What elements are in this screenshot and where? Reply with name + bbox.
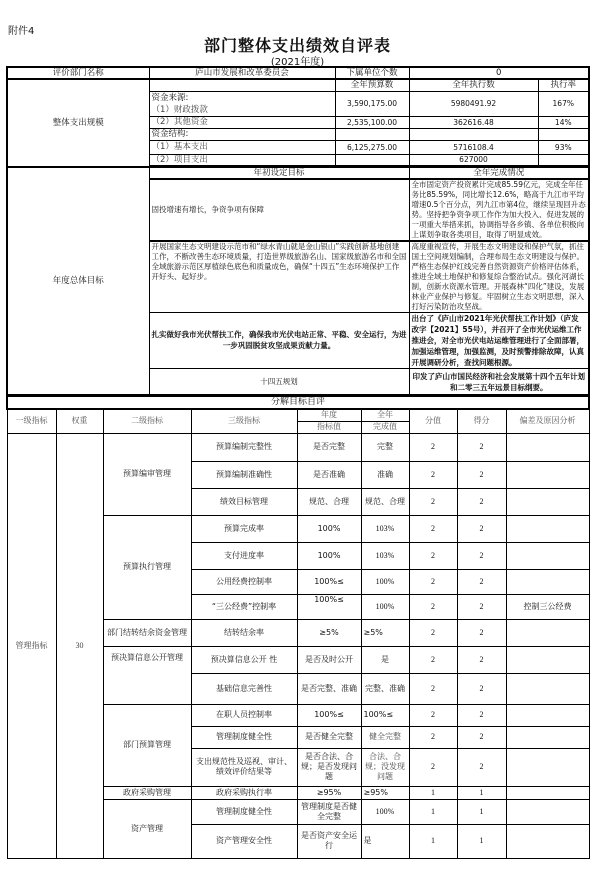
hdr-deviation: 偏差及原因分析 — [506, 409, 589, 433]
sub-units-value: 0 — [409, 67, 589, 79]
hdr-level2: 二级指标 — [103, 409, 191, 433]
breakdown-section-title: 分解目标自评 — [7, 395, 589, 409]
dept-label: 评价部门名称 — [7, 67, 149, 79]
hdr-weight: 权重 — [56, 409, 103, 433]
hdr-full-top: 全年 — [361, 409, 409, 421]
hdr-score-value: 分值 — [409, 409, 457, 433]
hdr-annual-bottom: 指标值 — [297, 421, 361, 433]
hdr-score: 得分 — [457, 409, 506, 433]
source-heading: 资金来源: — [152, 93, 189, 103]
hdr-level3: 三级指标 — [191, 409, 297, 433]
col-budget: 全年预算数 — [335, 79, 409, 91]
goals-section-label: 年度总体目标 — [7, 167, 149, 397]
breakdown-table: 分解目标自评 一级指标 权重 二级指标 三级指标 年度 全年 分值 得分 偏差及… — [6, 394, 590, 859]
sub-units-label: 下属单位个数 — [335, 67, 409, 79]
col-rate: 执行率 — [538, 79, 589, 91]
weight-value: 30 — [56, 433, 103, 858]
dept-name: 庐山市发展和改革委员会 — [149, 67, 335, 79]
level1-label: 管理指标 — [7, 433, 56, 858]
col-result: 全年完成情况 — [409, 167, 589, 179]
spending-section-label: 整体支出规模 — [7, 79, 149, 167]
hdr-full-bottom: 完成值 — [361, 421, 409, 433]
table-row: 管理指标 30 预算编审管理 预算编制完整性 是否完整 完整 2 2 — [7, 433, 589, 461]
summary-table: 评价部门名称 庐山市发展和改革委员会 下属单位个数 0 整体支出规模 全年预算数… — [6, 66, 590, 397]
col-target: 年初设定目标 — [149, 167, 409, 179]
hdr-annual-top: 年度 — [297, 409, 361, 421]
structure-heading: 资金结构: — [149, 128, 335, 140]
col-executed: 全年执行数 — [409, 79, 538, 91]
hdr-level1: 一级指标 — [7, 409, 56, 433]
